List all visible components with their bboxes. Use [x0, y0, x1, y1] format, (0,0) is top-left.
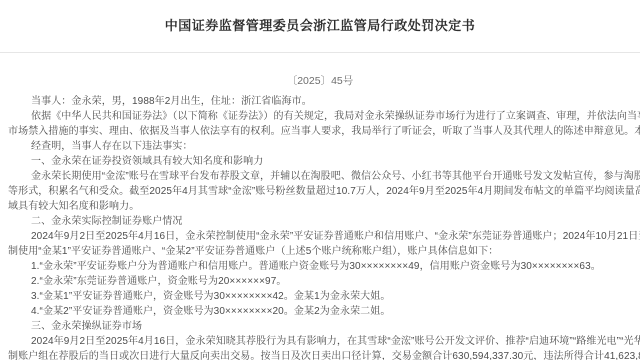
document-line: 制使用“金某1”平安证券普通账户、“金某2”平安证券普通账户（上述5个账户统称账…	[0, 244, 640, 259]
document-line: 一、金永荣在证券投资领域具有较大知名度和影响力	[0, 154, 640, 169]
document-line: 域具有较大知名度和影响力。	[0, 199, 640, 214]
document-line: 二、金永荣实际控制证券账户情况	[0, 214, 640, 229]
document-line: 当事人：金永荣，男，1988年2月出生，住址：浙江省临海市。	[0, 94, 640, 109]
document-body: 当事人：金永荣，男，1988年2月出生，住址：浙江省临海市。依据《中华人民共和国…	[0, 94, 640, 360]
document-line: 制账户组在荐股后的当日或次日进行大量反向卖出交易。按当日及次日卖出口径计算，交易…	[0, 349, 640, 360]
penalty-decision-document-page: 中国证券监督管理委员会浙江监管局行政处罚决定书 〔2025〕45号 当事人：金永…	[0, 0, 640, 360]
document-line: 市场禁入措施的事实、理由、依据及当事人依法享有的权利。应当事人要求，我局举行了听…	[0, 124, 640, 139]
document-line: 依据《中华人民共和国证券法》（以下简称《证券法》）的有关规定，我局对金永荣操纵证…	[0, 109, 640, 124]
document-number: 〔2025〕45号	[0, 73, 640, 88]
document-line: 4.“金某2”平安证券普通账户，资金账号为30××××××××20。金某2为金永…	[0, 304, 640, 319]
document-line: 金永荣长期使用“金浤”账号在雪球平台发布荐股文章，并辅以在淘股吧、微信公众号、小…	[0, 169, 640, 184]
document-line: 经查明，当事人存在以下违法事实：	[0, 139, 640, 154]
document-line: 2024年9月2日至2025年4月16日，金永荣控制使用“金永荣”平安证券普通账…	[0, 229, 640, 244]
document-title: 中国证券监督管理委员会浙江监管局行政处罚决定书	[0, 15, 640, 34]
document-line: 1.“金永荣”平安证券账户分为普通账户和信用账户。普通账户资金账号为30××××…	[0, 259, 640, 274]
title-divider-line	[0, 52, 640, 53]
document-line: 2024年9月2日至2025年4月16日，金永荣知晓其荐股行为具有影响力，在其雪…	[0, 334, 640, 349]
document-line: 2.“金永荣”东莞证券普通账户，资金账号为20××××××97。	[0, 274, 640, 289]
document-line: 等形式，积累名气和受众。截至2025年4月其雪球“金浤”账号粉丝数量超过10.7…	[0, 184, 640, 199]
document-line: 三、金永荣操纵证券市场	[0, 319, 640, 334]
document-line: 3.“金某1”平安证券普通账户，资金账号为30××××××××42。金某1为金永…	[0, 289, 640, 304]
